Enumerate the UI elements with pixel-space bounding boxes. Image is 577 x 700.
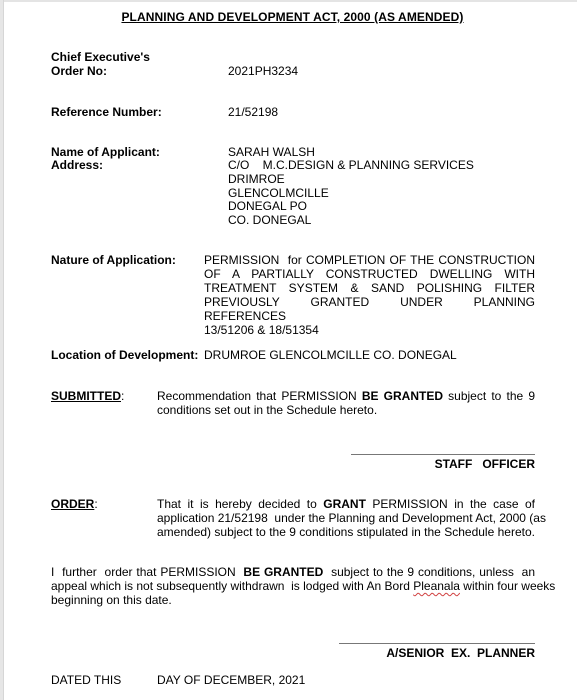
further-order-text-post: subject to the 9 conditions, unless an [323, 565, 535, 579]
dated-value: DAY OF DECEMBER, 2021 [157, 673, 305, 687]
submitted-colon: : [121, 389, 124, 403]
address-label: Address: [51, 158, 103, 172]
document-title: PLANNING AND DEVELOPMENT ACT, 2000 (AS A… [0, 10, 577, 24]
further-order-line1: I further order that PERMISSION BE GRANT… [51, 565, 535, 579]
order-line3: amended) subject to the 9 conditions sti… [157, 525, 535, 539]
further-order-text-pre: I further order that PERMISSION [51, 565, 243, 579]
applicant-value: SARAH WALSH [228, 145, 315, 159]
further-order-line2-pre: appeal which is not subsequently withdra… [51, 579, 413, 593]
order-text-post: PERMISSION in the case of [366, 497, 535, 511]
submitted-line1: Recommendation that PERMISSION BE GRANTE… [157, 389, 535, 403]
reference-value: 21/52198 [228, 105, 278, 119]
submitted-text: Recommendation that PERMISSION BE GRANTE… [157, 389, 535, 417]
address-line: GLENCOLMCILLE [228, 186, 329, 200]
applicant-label: Name of Applicant: [51, 145, 160, 159]
submitted-text-bold: BE GRANTED [362, 389, 443, 403]
order-heading: ORDER: [51, 497, 98, 511]
senior-planner-label: A/SENIOR EX. PLANNER [386, 646, 535, 660]
staff-officer-signature-line [351, 454, 535, 455]
nature-line: 13/51206 & 18/51354 [204, 323, 535, 337]
location-value: DRUMROE GLENCOLMCILLE CO. DONEGAL [204, 348, 457, 362]
staff-officer-label: STAFF OFFICER [435, 457, 535, 471]
order-text: That it is hereby decided to GRANT PERMI… [157, 497, 535, 539]
order-text-pre: That it is hereby decided to [157, 497, 323, 511]
nature-line: OF A PARTIALLY CONSTRUCTED DWELLING WITH [204, 267, 535, 281]
nature-value: PERMISSION for COMPLETION OF THE CONSTRU… [204, 253, 535, 337]
nature-label: Nature of Application: [51, 253, 176, 267]
order-line1: That it is hereby decided to GRANT PERMI… [157, 497, 535, 511]
spellcheck-flagged-word[interactable]: Pleanala [413, 579, 460, 593]
order-text-bold: GRANT [323, 497, 366, 511]
nature-line: PERMISSION for COMPLETION OF THE CONSTRU… [204, 253, 535, 267]
submitted-text-pre: Recommendation that PERMISSION [157, 389, 362, 403]
further-order-line2-post: within four weeks [460, 579, 555, 593]
order-label: ORDER [51, 497, 94, 511]
further-order-line2: appeal which is not subsequently withdra… [51, 579, 535, 593]
submitted-line2: conditions set out in the Schedule heret… [157, 403, 535, 417]
nature-line: TREATMENT SYSTEM & SAND POLISHING FILTER [204, 281, 535, 295]
reference-label: Reference Number: [51, 105, 162, 119]
dated-label: DATED THIS [51, 673, 121, 687]
address-line: CO. DONEGAL [228, 213, 311, 227]
order-no-value: 2021PH3234 [228, 64, 298, 78]
submitted-heading: SUBMITTED: [51, 389, 124, 403]
page-top-edge [0, 0, 577, 2]
address-line: DRIMROE [228, 172, 285, 186]
submitted-label: SUBMITTED [51, 389, 121, 403]
further-order-text: I further order that PERMISSION BE GRANT… [51, 565, 535, 607]
order-colon: : [94, 497, 97, 511]
further-order-text-bold: BE GRANTED [243, 565, 323, 579]
order-line2: application 21/52198 under the Planning … [157, 511, 535, 525]
page-left-edge [0, 0, 4, 700]
address-line: DONEGAL PO [228, 199, 307, 213]
order-no-label-line1: Chief Executive's [51, 50, 150, 64]
nature-line: PREVIOUSLY GRANTED UNDER PLANNING REFERE… [204, 295, 535, 323]
address-line: C/O M.C.DESIGN & PLANNING SERVICES [228, 158, 474, 172]
senior-planner-signature-line [339, 643, 535, 644]
further-order-line3: beginning on this date. [51, 593, 535, 607]
submitted-text-post: subject to the 9 [443, 389, 535, 403]
order-no-label-line2: Order No: [51, 64, 107, 78]
location-label: Location of Development: [51, 348, 198, 362]
